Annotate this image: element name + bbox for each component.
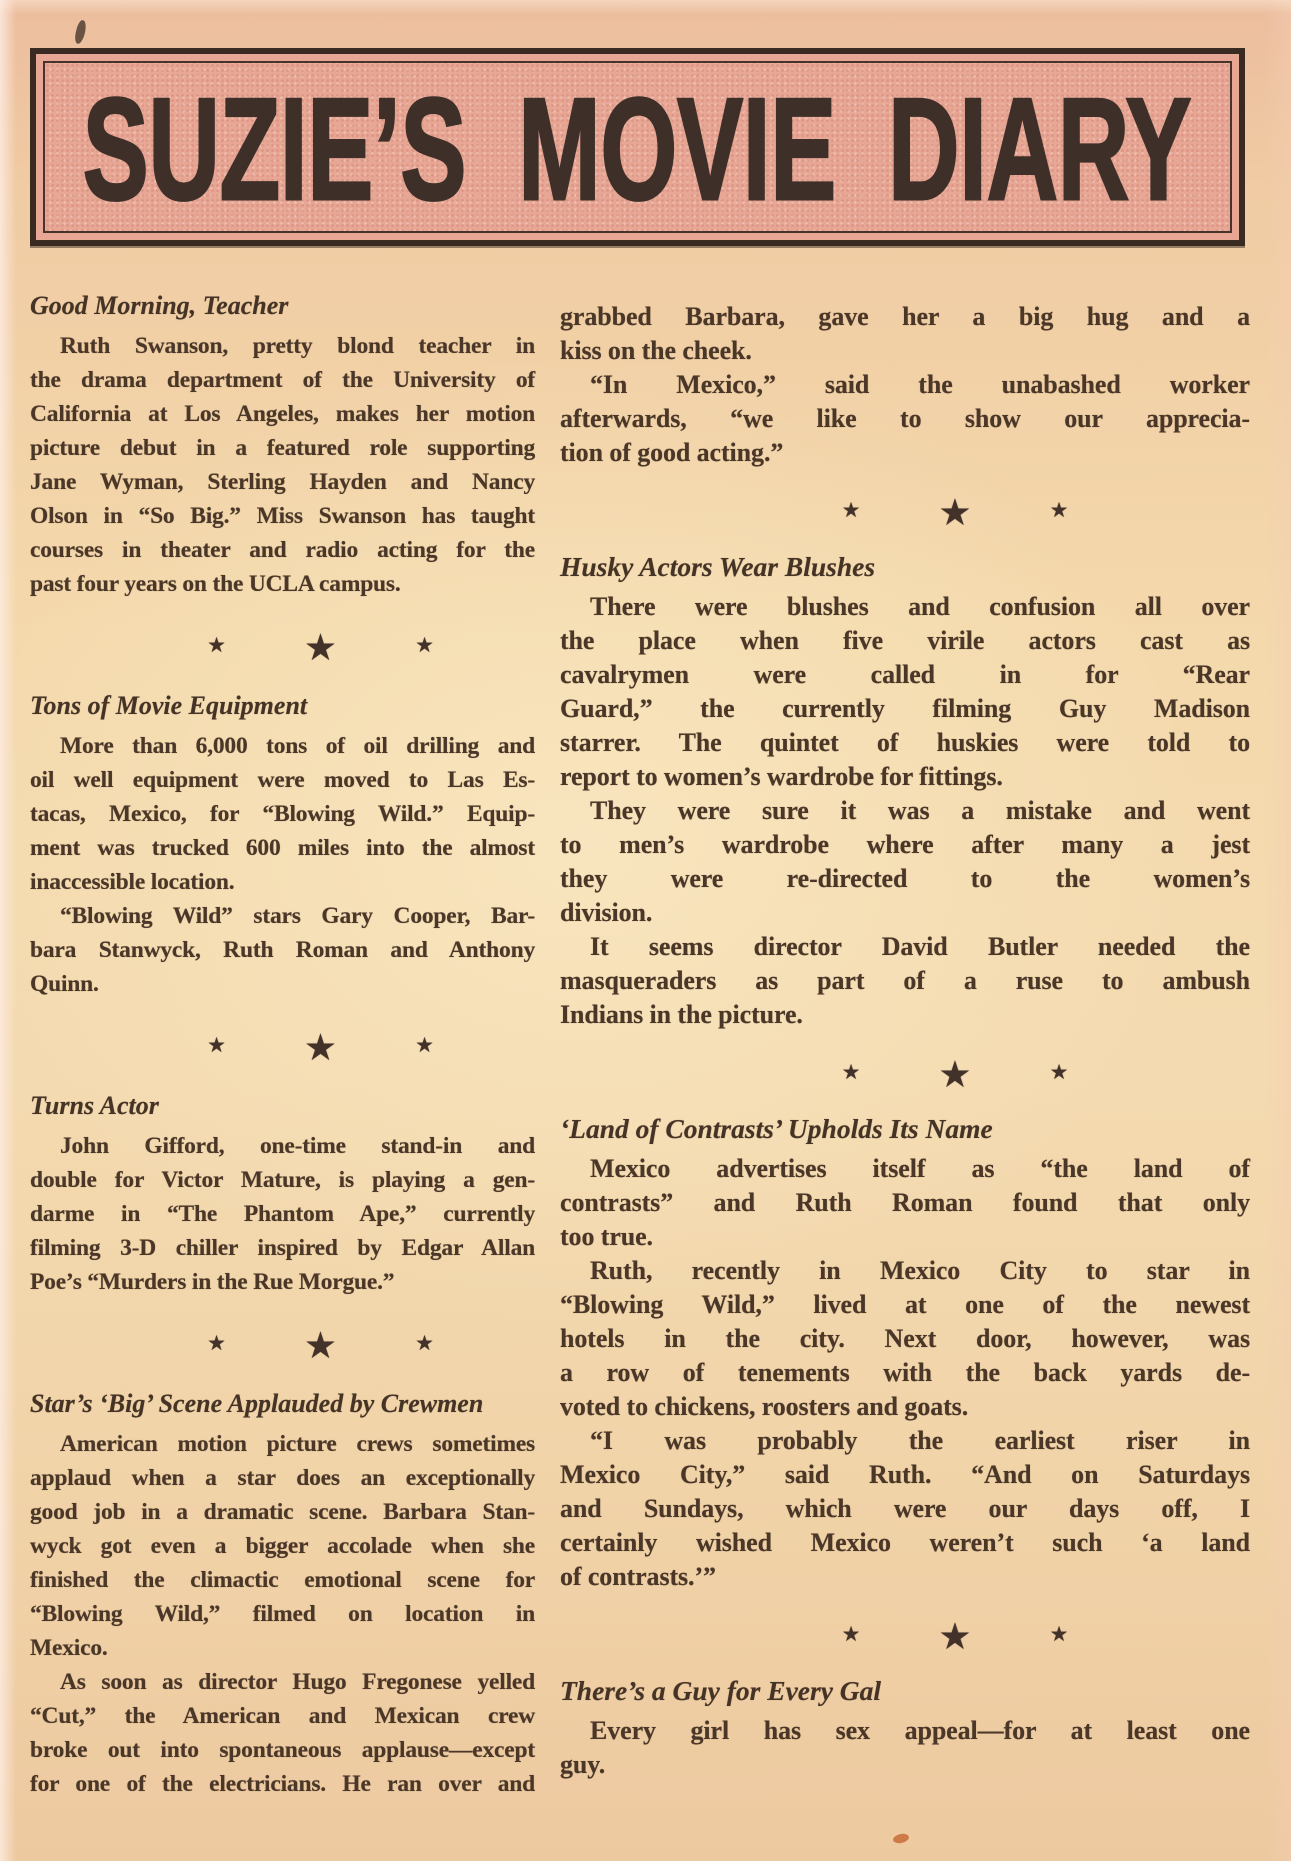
section-heading: Star’s ‘Big’ Scene Applauded by Crewmen (30, 1387, 535, 1421)
paragraph: It seems director David Butler needed th… (560, 930, 1250, 1032)
column-left: Good Morning, TeacherRuth Swanson, prett… (30, 283, 535, 1801)
comic-text-page: SUZIE’S MOVIE DIARY Good Morning, Teache… (0, 0, 1291, 1861)
text-line: darme in “The Phantom Ape,” currently (30, 1197, 535, 1231)
text-line: guy. (560, 1748, 1250, 1782)
star-separator: ★★★ (68, 1325, 573, 1361)
text-line: More than 6,000 tons of oil drilling and (30, 729, 535, 763)
star-icon: ★ (207, 635, 226, 656)
text-line: As soon as director Hugo Fregonese yelle… (30, 1665, 535, 1699)
text-line: John Gifford, one-time stand-in and (30, 1129, 535, 1163)
text-line: bara Stanwyck, Ruth Roman and Anthony (30, 933, 535, 967)
paragraph: As soon as director Hugo Fregonese yelle… (30, 1665, 535, 1801)
star-icon: ★ (415, 1333, 434, 1354)
text-line: Jane Wyman, Sterling Hayden and Nancy (30, 465, 535, 499)
text-line: too true. (560, 1220, 1250, 1254)
text-line: masqueraders as part of a ruse to ambush (560, 964, 1250, 998)
paragraph: “In Mexico,” said the unabashed workeraf… (560, 368, 1250, 470)
text-line: grabbed Barbara, gave her a big hug and … (560, 300, 1250, 334)
star-icon: ★ (415, 635, 434, 656)
paragraph: grabbed Barbara, gave her a big hug and … (560, 300, 1250, 368)
text-line: good job in a dramatic scene. Barbara St… (30, 1495, 535, 1529)
star-icon: ★ (304, 1328, 337, 1365)
paragraph: Every girl has sex appeal—for at least o… (560, 1714, 1250, 1782)
text-line: inaccessible location. (30, 865, 535, 899)
text-line: Mexico advertises itself as “the land of (560, 1152, 1250, 1186)
star-separator: ★★★ (68, 627, 573, 663)
star-icon: ★ (842, 500, 861, 521)
text-line: certainly wished Mexico weren’t such ‘a … (560, 1526, 1250, 1560)
text-line: It seems director David Butler needed th… (560, 930, 1250, 964)
paper-speck (892, 1832, 910, 1844)
text-line: voted to chickens, roosters and goats. (560, 1390, 1250, 1424)
section-heading: There’s a Guy for Every Gal (560, 1674, 1250, 1708)
text-line: starrer. The quintet of huskies were tol… (560, 726, 1250, 760)
text-line: “Blowing Wild,” lived at one of the newe… (560, 1288, 1250, 1322)
text-line: picture debut in a featured role support… (30, 431, 535, 465)
title-banner-inner: SUZIE’S MOVIE DIARY (43, 61, 1232, 233)
star-icon: ★ (415, 1035, 434, 1056)
paragraph: “Blowing Wild” stars Gary Cooper, Bar-ba… (30, 899, 535, 1001)
text-line: ment was trucked 600 miles into the almo… (30, 831, 535, 865)
paragraph: John Gifford, one-time stand-in anddoubl… (30, 1129, 535, 1299)
text-line: Mexico City,” said Ruth. “And on Saturda… (560, 1458, 1250, 1492)
star-icon: ★ (938, 1619, 971, 1656)
text-line: applaud when a star does an exceptionall… (30, 1461, 535, 1495)
star-icon: ★ (938, 495, 971, 532)
star-icon: ★ (842, 1624, 861, 1645)
text-line: kiss on the cheek. (560, 334, 1250, 368)
section-heading: Husky Actors Wear Blushes (560, 550, 1250, 584)
text-line: hotels in the city. Next door, however, … (560, 1322, 1250, 1356)
text-line: Mexico. (30, 1631, 535, 1665)
star-icon: ★ (1050, 1062, 1069, 1083)
text-line: and Sundays, which were our days off, I (560, 1492, 1250, 1526)
text-line: of contrasts.’” (560, 1560, 1250, 1594)
paragraph: They were sure it was a mistake and went… (560, 794, 1250, 930)
text-line: Guard,” the currently filming Guy Madiso… (560, 692, 1250, 726)
text-line: tion of good acting.” (560, 436, 1250, 470)
text-line: afterwards, “we like to show our appreci… (560, 402, 1250, 436)
star-icon: ★ (842, 1062, 861, 1083)
text-line: There were blushes and confusion all ove… (560, 590, 1250, 624)
text-line: Every girl has sex appeal—for at least o… (560, 1714, 1250, 1748)
text-line: American motion picture crews sometimes (30, 1427, 535, 1461)
text-line: to men’s wardrobe where after many a jes… (560, 828, 1250, 862)
star-separator: ★★★ (610, 1054, 1291, 1090)
page-title: SUZIE’S MOVIE DIARY (83, 77, 1191, 222)
paragraph: There were blushes and confusion all ove… (560, 590, 1250, 794)
text-line: a row of tenements with the back yards d… (560, 1356, 1250, 1390)
section-heading: Good Morning, Teacher (30, 289, 535, 323)
star-separator: ★★★ (68, 1027, 573, 1063)
text-line: division. (560, 896, 1250, 930)
column-right: grabbed Barbara, gave her a big hug and … (560, 300, 1250, 1782)
text-line: Ruth, recently in Mexico City to star in (560, 1254, 1250, 1288)
text-line: broke out into spontaneous applause—exce… (30, 1733, 535, 1767)
text-line: oil well equipment were moved to Las Es- (30, 763, 535, 797)
text-line: wyck got even a bigger accolade when she (30, 1529, 535, 1563)
paragraph: American motion picture crews sometimesa… (30, 1427, 535, 1665)
text-line: past four years on the UCLA campus. (30, 567, 535, 601)
text-line: “I was probably the earliest riser in (560, 1424, 1250, 1458)
title-banner: SUZIE’S MOVIE DIARY (30, 48, 1245, 246)
text-line: report to women’s wardrobe for fittings. (560, 760, 1250, 794)
text-line: they were re-directed to the women’s (560, 862, 1250, 896)
paragraph: More than 6,000 tons of oil drilling and… (30, 729, 535, 899)
text-line: for one of the electricians. He ran over… (30, 1767, 535, 1801)
text-line: the place when five virile actors cast a… (560, 624, 1250, 658)
text-line: “Cut,” the American and Mexican crew (30, 1699, 535, 1733)
text-line: the drama department of the University o… (30, 363, 535, 397)
ink-blemish (73, 19, 88, 44)
star-separator: ★★★ (610, 492, 1291, 528)
text-line: filming 3-D chiller inspired by Edgar Al… (30, 1231, 535, 1265)
text-line: Quinn. (30, 967, 535, 1001)
text-line: Indians in the picture. (560, 998, 1250, 1032)
star-icon: ★ (304, 1030, 337, 1067)
text-line: “Blowing Wild” stars Gary Cooper, Bar- (30, 899, 535, 933)
section-heading: Tons of Movie Equipment (30, 689, 535, 723)
star-separator: ★★★ (610, 1616, 1291, 1652)
text-line: finished the climactic emotional scene f… (30, 1563, 535, 1597)
star-icon: ★ (1050, 1624, 1069, 1645)
star-icon: ★ (938, 1057, 971, 1094)
text-line: courses in theater and radio acting for … (30, 533, 535, 567)
star-icon: ★ (304, 630, 337, 667)
star-icon: ★ (207, 1035, 226, 1056)
paragraph: “I was probably the earliest riser inMex… (560, 1424, 1250, 1594)
text-line: Ruth Swanson, pretty blond teacher in (30, 329, 535, 363)
text-line: cavalrymen were called in for “Rear (560, 658, 1250, 692)
text-line: double for Victor Mature, is playing a g… (30, 1163, 535, 1197)
section-heading: Turns Actor (30, 1089, 535, 1123)
text-line: contrasts” and Ruth Roman found that onl… (560, 1186, 1250, 1220)
text-line: tacas, Mexico, for “Blowing Wild.” Equip… (30, 797, 535, 831)
star-icon: ★ (1050, 500, 1069, 521)
text-line: Poe’s “Murders in the Rue Morgue.” (30, 1265, 535, 1299)
text-line: “In Mexico,” said the unabashed worker (560, 368, 1250, 402)
star-icon: ★ (207, 1333, 226, 1354)
paragraph: Mexico advertises itself as “the land of… (560, 1152, 1250, 1254)
text-line: “Blowing Wild,” filmed on location in (30, 1597, 535, 1631)
text-line: California at Los Angeles, makes her mot… (30, 397, 535, 431)
paragraph: Ruth, recently in Mexico City to star in… (560, 1254, 1250, 1424)
paragraph: Ruth Swanson, pretty blond teacher inthe… (30, 329, 535, 601)
section-heading: ‘Land of Contrasts’ Upholds Its Name (560, 1112, 1250, 1146)
text-line: Olson in “So Big.” Miss Swanson has taug… (30, 499, 535, 533)
text-line: They were sure it was a mistake and went (560, 794, 1250, 828)
